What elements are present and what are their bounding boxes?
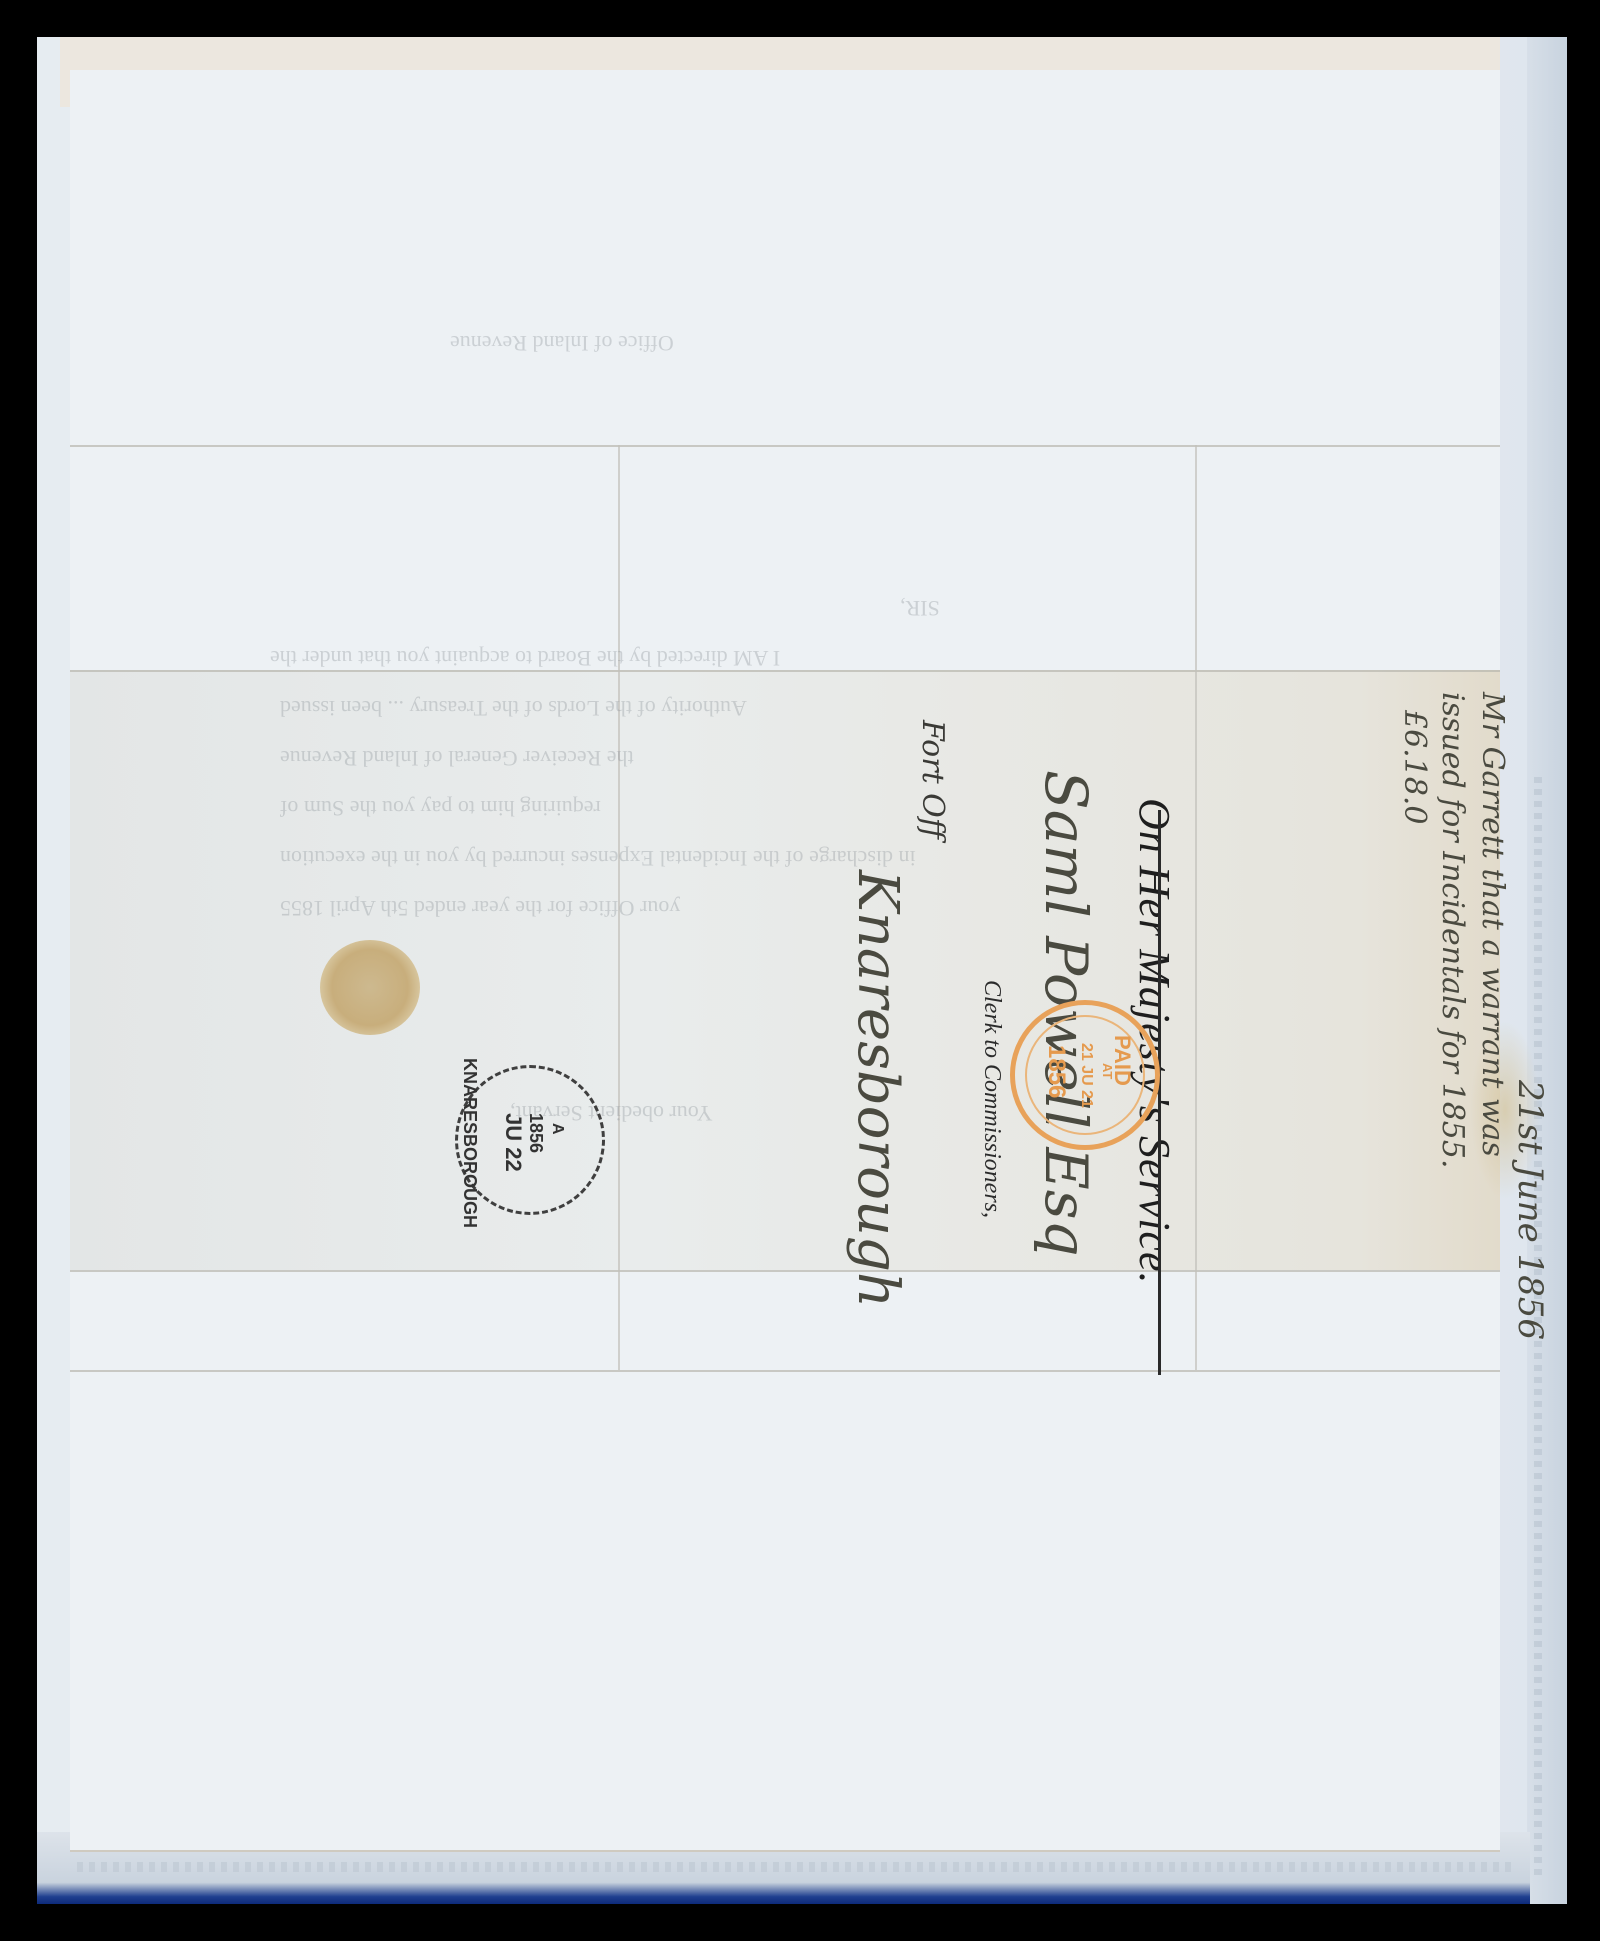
- paid-postmark: PAID AT 21 JU 21 1856: [1010, 1000, 1160, 1150]
- fold-line: [70, 1370, 1500, 1372]
- ohms-underline: [1158, 810, 1161, 1375]
- show-through-line: requiring him to pay you the Sum of: [280, 795, 601, 821]
- wax-seal-remnant: [320, 940, 420, 1035]
- sleeve-edge: [1527, 37, 1567, 1904]
- addressee-place: Knaresborough: [845, 870, 910, 1308]
- folded-letter: Office of Inland Revenue SIR, I AM direc…: [70, 70, 1500, 1852]
- fold-line: [1195, 445, 1197, 1370]
- sleeve-perforation: [77, 1862, 1517, 1872]
- show-through-line: the Receiver General of Inland Revenue: [280, 745, 634, 771]
- addressee-annotation: Fort Off: [915, 720, 950, 839]
- fold-line: [70, 445, 1500, 447]
- show-through-office: Office of Inland Revenue: [450, 330, 674, 356]
- show-through-line: your Office for the year ended 5th April…: [280, 895, 680, 921]
- knaresborough-postmark: KNARESBOROUGH A JU 22 1856: [455, 1065, 605, 1215]
- docket-date: 21st June 1856: [1510, 1080, 1550, 1340]
- show-through-line: in discharge of the Incidental Expenses …: [280, 845, 916, 871]
- docket-line-1: Mr Garrett that a warrant was: [1475, 692, 1510, 1157]
- docket-amount: £6.18.0: [1397, 710, 1432, 825]
- show-through-line: I AM directed by the Board to acquaint y…: [270, 645, 780, 671]
- show-through-salutation: SIR,: [900, 595, 940, 621]
- show-through-line: Authority of the Lords of the Treasury .…: [280, 695, 747, 721]
- fold-line: [70, 1270, 1500, 1272]
- clerk-to-commissioners: Clerk to Commissioners,: [978, 980, 1005, 1218]
- docket-line-2: issued for Incidentals for 1855.: [1435, 692, 1470, 1168]
